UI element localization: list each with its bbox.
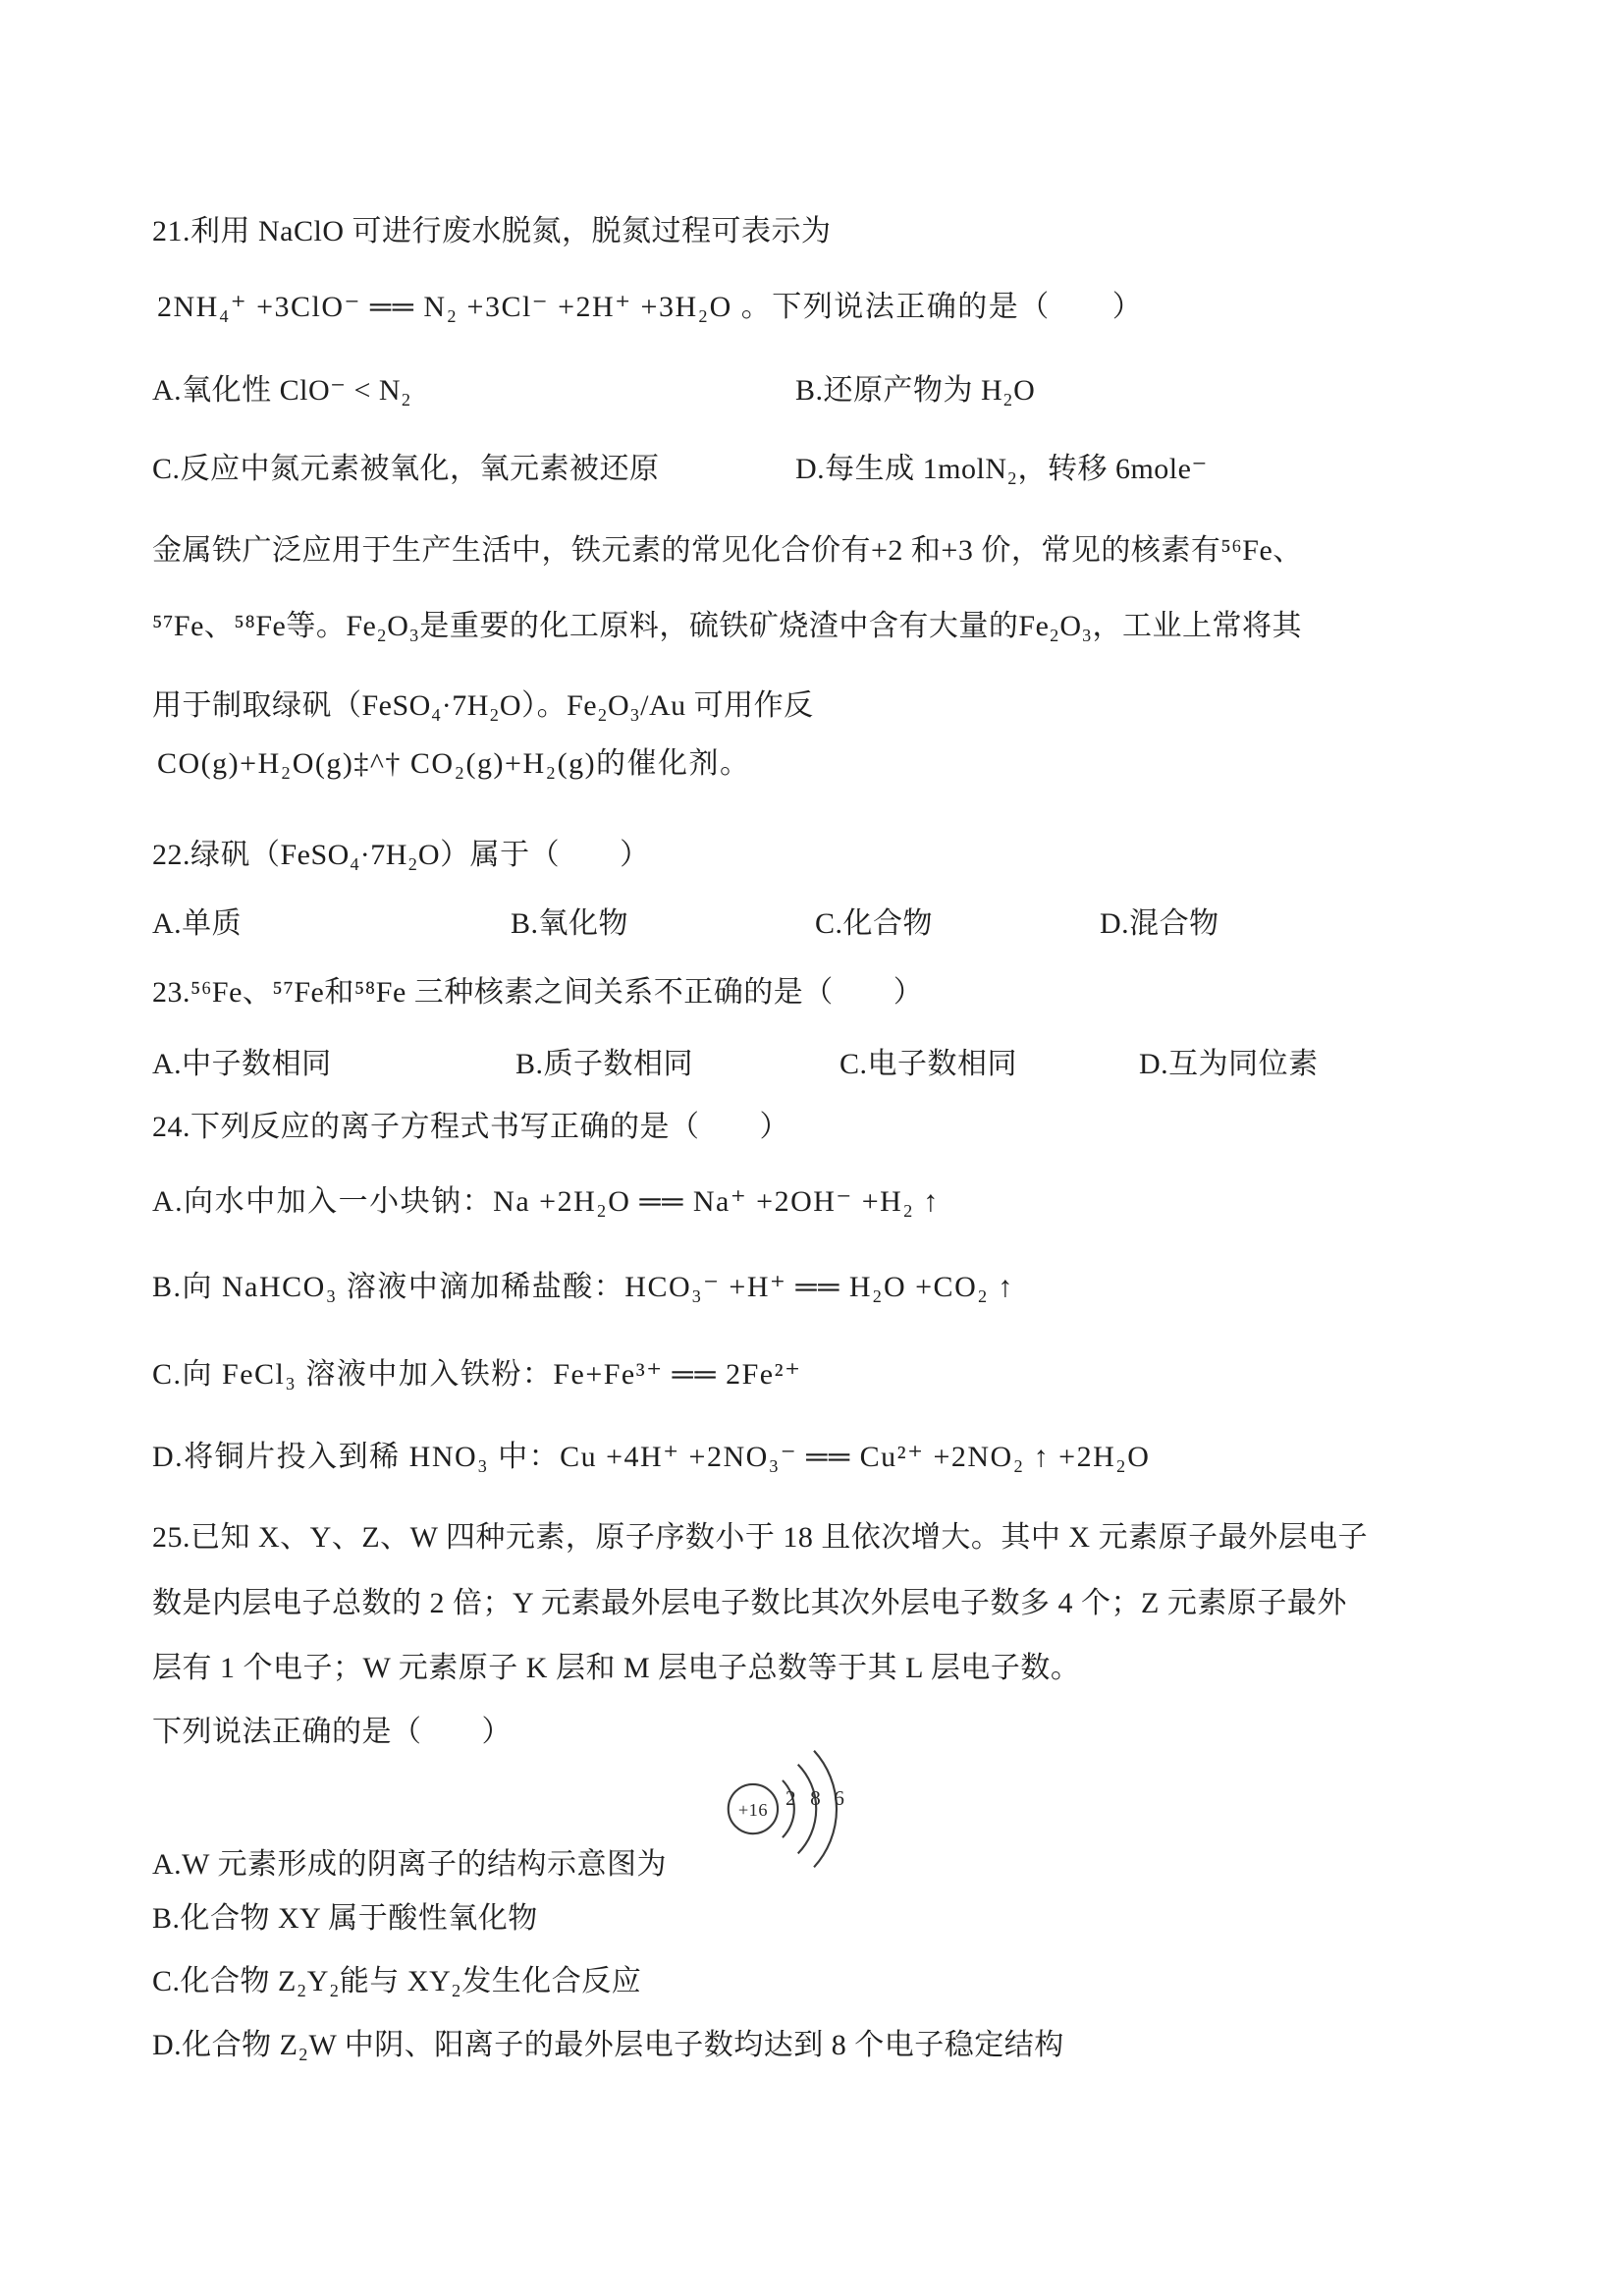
q23-option-d: D.互为同位素 — [1139, 1039, 1319, 1082]
q21-option-c: C.反应中氮元素被氧化，氧元素被还原 — [152, 444, 660, 487]
q21-equation: 2NH₄⁺ +3ClO⁻ ══ N₂ +3Cl⁻ +2H⁺ +3H₂O 。下列说… — [157, 282, 1143, 325]
q24-option-d: D.将铜片投入到稀 HNO₃ 中：Cu +4H⁺ +2NO₃⁻ ══ Cu²⁺ … — [152, 1432, 1150, 1475]
q21-option-d: D.每生成 1molN₂，转移 6mole⁻ — [795, 444, 1208, 487]
q25-option-c: C.化合物 Z₂Y₂能与 XY₂发生化合反应 — [152, 1956, 641, 1999]
q22-title: 22.绿矾（FeSO₄·7H₂O）属于（ ） — [152, 830, 650, 873]
q22-option-a: A.单质 — [152, 899, 242, 942]
q24-option-c: C.向 FeCl₃ 溶液中加入铁粉：Fe+Fe³⁺ ══ 2Fe²⁺ — [152, 1349, 801, 1393]
shell-count-1: 2 — [785, 1786, 796, 1810]
q25-stem-line-1: 25.已知 X、Y、Z、W 四种元素，原子序数小于 18 且依次增大。其中 X … — [152, 1512, 1368, 1556]
shell-count-3: 6 — [834, 1786, 844, 1810]
q25-option-b: B.化合物 XY 属于酸性氧化物 — [152, 1893, 538, 1937]
q21-option-a: A.氧化性 ClO⁻ < N₂ — [152, 365, 411, 409]
q23-option-b: B.质子数相同 — [515, 1039, 693, 1082]
passage-line-1: 金属铁广泛应用于生产生活中，铁元素的常见化合价有+2 和+3 价，常见的核素有⁵… — [152, 525, 1303, 569]
q21-title: 21.利用 NaClO 可进行废水脱氮，脱氮过程可表示为 — [152, 206, 832, 249]
q22-option-b: B.氧化物 — [511, 899, 628, 942]
q24-option-b: B.向 NaHCO₃ 溶液中滴加稀盐酸：HCO₃⁻ +H⁺ ══ H₂O +CO… — [152, 1262, 1014, 1305]
passage-line-2: ⁵⁷Fe、⁵⁸Fe等。Fe₂O₃是重要的化工原料，硫铁矿烧渣中含有大量的Fe₂O… — [152, 601, 1302, 644]
q24-title: 24.下列反应的离子方程式书写正确的是（ ） — [152, 1102, 789, 1145]
q24-option-a: A.向水中加入一小块钠：Na +2H₂O ══ Na⁺ +2OH⁻ +H₂ ↑ — [152, 1176, 940, 1220]
exam-page: 21.利用 NaClO 可进行废水脱氮，脱氮过程可表示为 2NH₄⁺ +3ClO… — [0, 0, 1624, 2296]
q25-option-a: A.W 元素形成的阴离子的结构示意图为 — [152, 1839, 667, 1883]
q25-stem-line-4: 下列说法正确的是（ ） — [152, 1707, 512, 1750]
passage-line-3: 用于制取绿矾（FeSO₄·7H₂O）。Fe₂O₃/Au 可用作反 — [152, 681, 814, 724]
nucleus-charge-label: +16 — [738, 1800, 768, 1820]
q22-option-c: C.化合物 — [815, 899, 933, 942]
q22-option-d: D.混合物 — [1100, 899, 1219, 942]
shell-count-2: 8 — [810, 1786, 821, 1810]
q25-stem-line-2: 数是内层电子总数的 2 倍；Y 元素最外层电子数比其次外层电子数多 4 个；Z … — [152, 1578, 1347, 1621]
passage-reaction-equation: CO(g)+H₂O(g)‡^† CO₂(g)+H₂(g)的催化剂。 — [157, 738, 751, 782]
q21-option-b: B.还原产物为 H₂O — [795, 365, 1035, 409]
q25-option-d: D.化合物 Z₂W 中阴、阳离子的最外层电子数均达到 8 个电子稳定结构 — [152, 2020, 1064, 2063]
q25-stem-line-3: 层有 1 个电子；W 元素原子 K 层和 M 层电子总数等于其 L 层电子数。 — [152, 1643, 1080, 1686]
atom-structure-diagram: +16 2 8 6 — [722, 1750, 864, 1870]
q23-option-a: A.中子数相同 — [152, 1039, 332, 1082]
q23-title: 23.⁵⁶Fe、⁵⁷Fe和⁵⁸Fe 三种核素之间关系不正确的是（ ） — [152, 967, 923, 1011]
q23-option-c: C.电子数相同 — [839, 1039, 1017, 1082]
